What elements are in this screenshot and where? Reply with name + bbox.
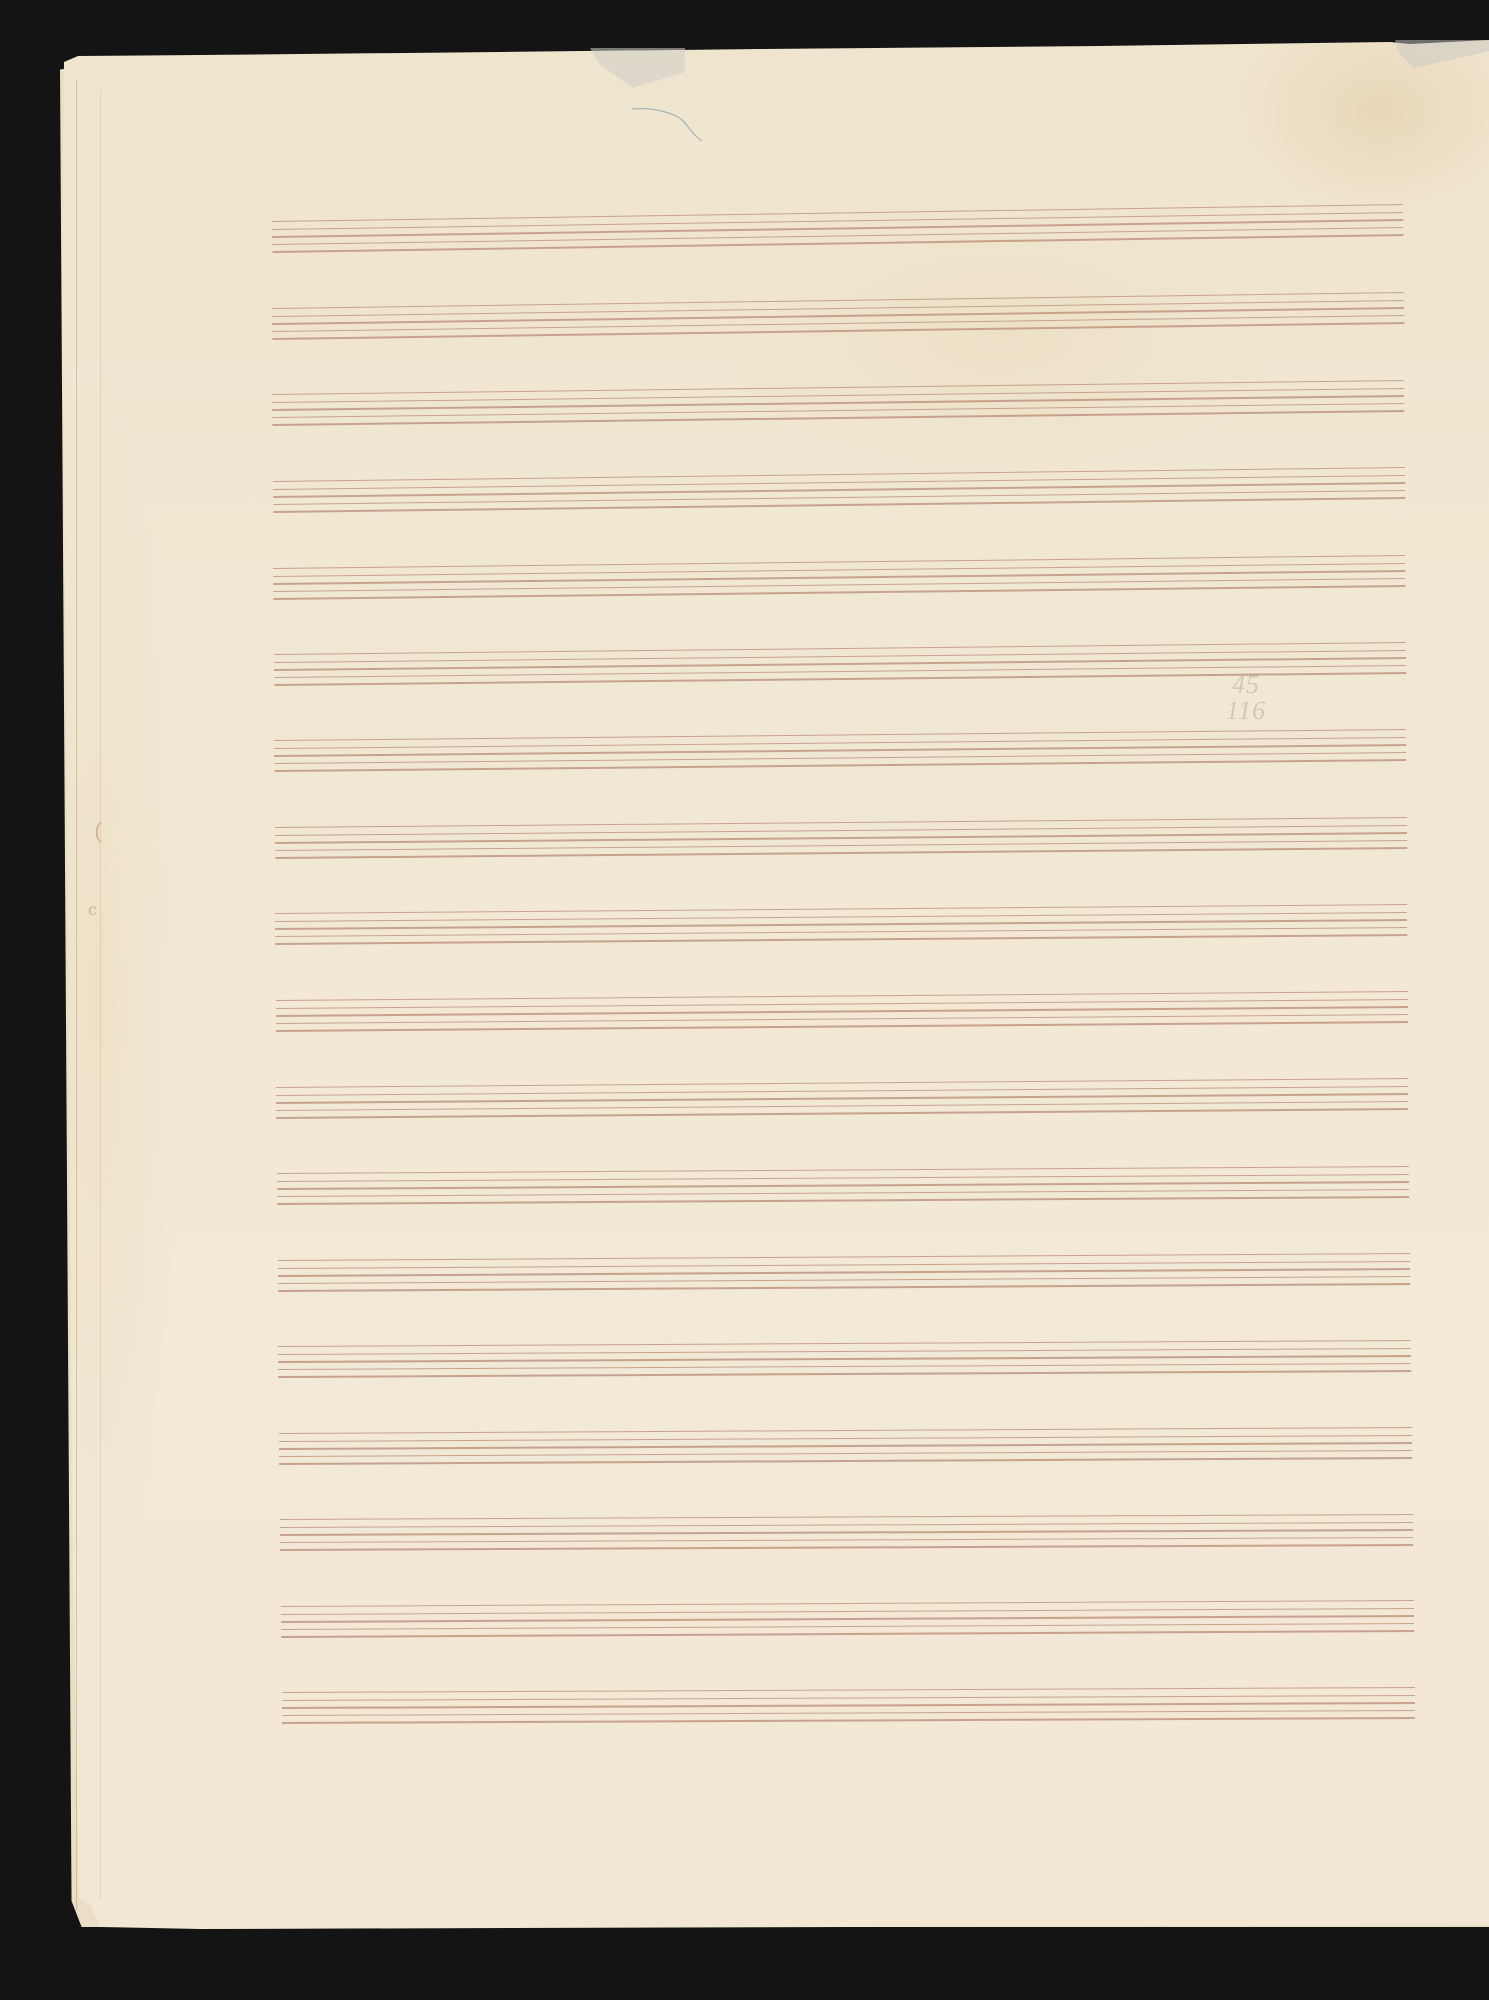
margin-mark-paren: ( bbox=[94, 820, 103, 845]
staff-line bbox=[272, 395, 1404, 410]
staff-line bbox=[277, 1174, 1409, 1182]
staff-line bbox=[280, 1537, 1413, 1543]
staff-line bbox=[273, 482, 1405, 497]
pencil-annotation-line2: 116 bbox=[1226, 698, 1266, 724]
staff-line bbox=[282, 1695, 1415, 1701]
staff-line bbox=[279, 1442, 1412, 1449]
staff-line bbox=[280, 1522, 1413, 1528]
staff-line bbox=[279, 1435, 1412, 1442]
staff-line bbox=[278, 1355, 1411, 1362]
staff-line bbox=[277, 1181, 1409, 1189]
pencil-annotation: 45 116 bbox=[1232, 672, 1266, 724]
staff-18 bbox=[282, 1687, 1415, 1724]
staff-line bbox=[279, 1450, 1412, 1457]
staff-line bbox=[278, 1276, 1410, 1284]
staff-line bbox=[281, 1623, 1414, 1630]
staff-line bbox=[273, 570, 1405, 584]
staff-line bbox=[278, 1261, 1410, 1269]
blue-fiber-mark bbox=[630, 105, 710, 145]
sheet-edge-line-1 bbox=[76, 80, 77, 1910]
staff-17 bbox=[281, 1600, 1414, 1638]
staff-14 bbox=[278, 1340, 1411, 1378]
staff-line bbox=[280, 1529, 1413, 1535]
staff-line bbox=[282, 1702, 1415, 1708]
staff-line bbox=[277, 1189, 1409, 1197]
staff-16 bbox=[280, 1514, 1413, 1551]
margin-mark-c: c bbox=[88, 900, 97, 919]
staff-line bbox=[278, 1348, 1411, 1355]
staff-line bbox=[281, 1608, 1414, 1615]
staff-line bbox=[278, 1363, 1411, 1370]
staff-line bbox=[282, 1710, 1415, 1716]
staff-15 bbox=[279, 1427, 1412, 1465]
staff-line bbox=[278, 1268, 1410, 1276]
sheet-edge-line-2 bbox=[100, 90, 101, 1900]
staff-line bbox=[281, 1615, 1414, 1622]
